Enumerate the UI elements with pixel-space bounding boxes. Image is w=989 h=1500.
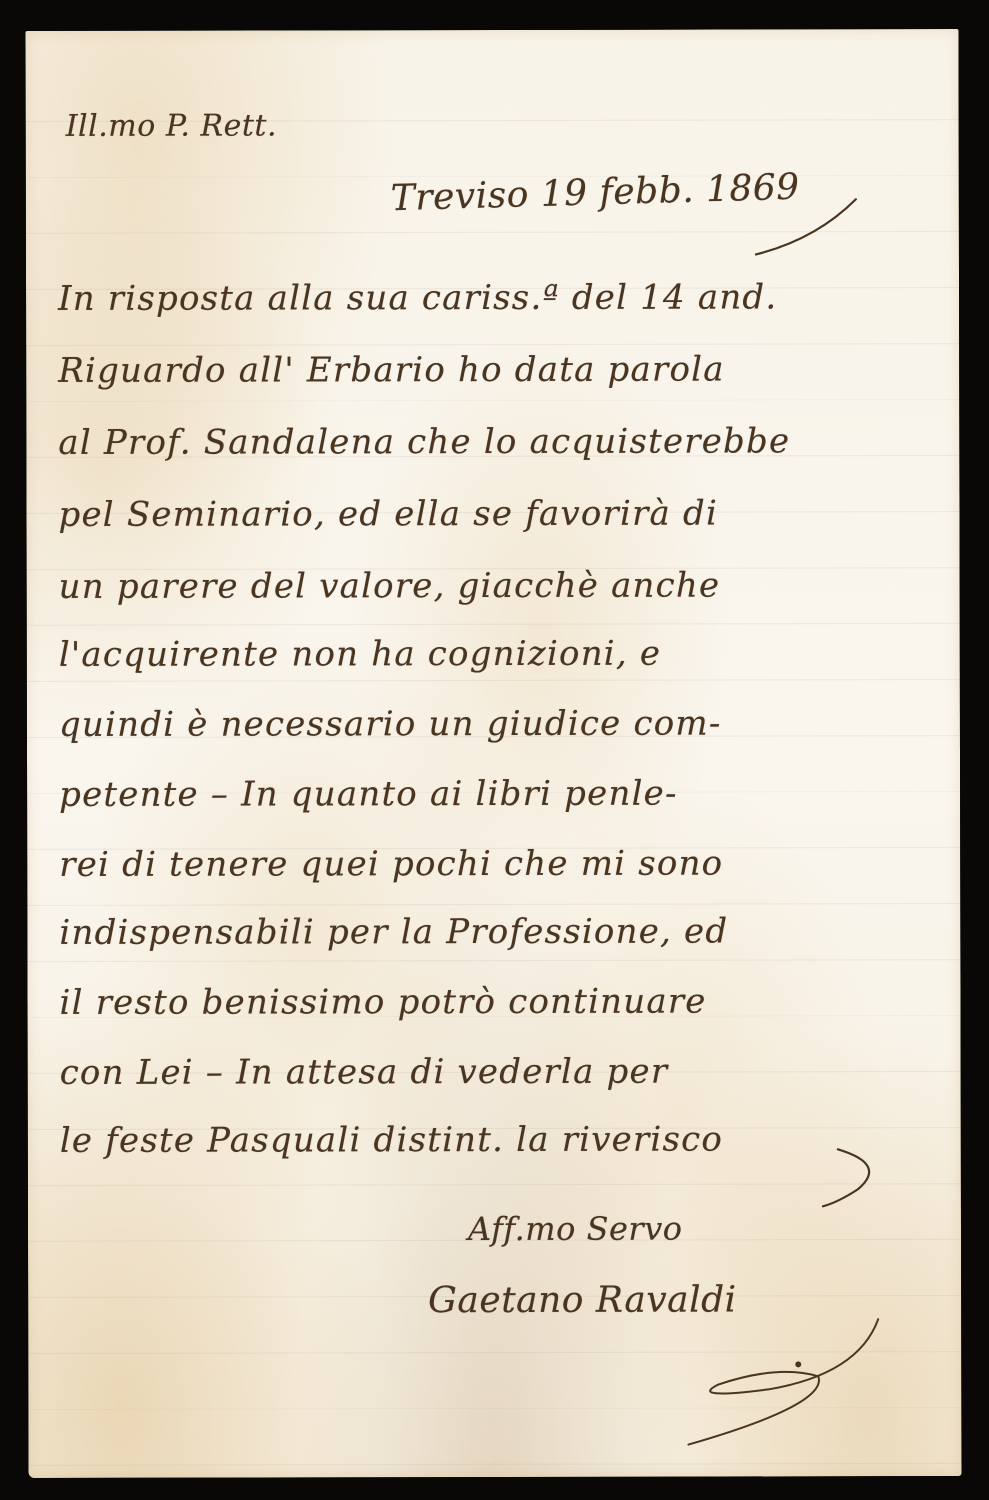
body-line: con Lei – In attesa di vederla per bbox=[60, 1052, 669, 1093]
closing: Aff.mo Servo bbox=[468, 1210, 683, 1248]
paper-ruling bbox=[25, 29, 961, 1478]
body-line: In risposta alla sua cariss.ª del 14 and… bbox=[58, 277, 777, 319]
body-line: l'acquirente non ha cognizioni, e bbox=[59, 634, 661, 675]
salutation: Ill.mo P. Rett. bbox=[66, 108, 277, 143]
letter-paper: Ill.mo P. Rett. Treviso 19 febb. 1869 In… bbox=[25, 29, 961, 1478]
body-line: le feste Pasquali distint. la riverisco bbox=[60, 1120, 723, 1161]
dateline: Treviso 19 febb. 1869 bbox=[390, 167, 800, 220]
body-line: indispensabili per la Professione, ed bbox=[59, 912, 728, 953]
body-line: un parere del valore, giacchè anche bbox=[59, 566, 721, 607]
body-line: pel Seminario, ed ella se favorirà di bbox=[58, 494, 718, 535]
body-line: al Prof. Sandalena che lo acquisterebbe bbox=[58, 421, 790, 463]
body-line: petente – In quanto ai libri penle- bbox=[59, 774, 678, 815]
letter-body: In risposta alla sua cariss.ª del 14 and… bbox=[25, 29, 958, 31]
closing-flourish-icon bbox=[818, 1134, 938, 1214]
signature: Gaetano Ravaldi bbox=[428, 1279, 737, 1321]
body-line: quindi è necessario un giudice com- bbox=[59, 704, 722, 745]
body-line: Riguardo all' Erbario ho data parola bbox=[58, 350, 725, 391]
signature-flourish-icon bbox=[628, 1314, 888, 1455]
body-line: il resto benissimo potrò continuare bbox=[59, 982, 706, 1023]
body-line: rei di tenere quei pochi che mi sono bbox=[59, 844, 723, 885]
